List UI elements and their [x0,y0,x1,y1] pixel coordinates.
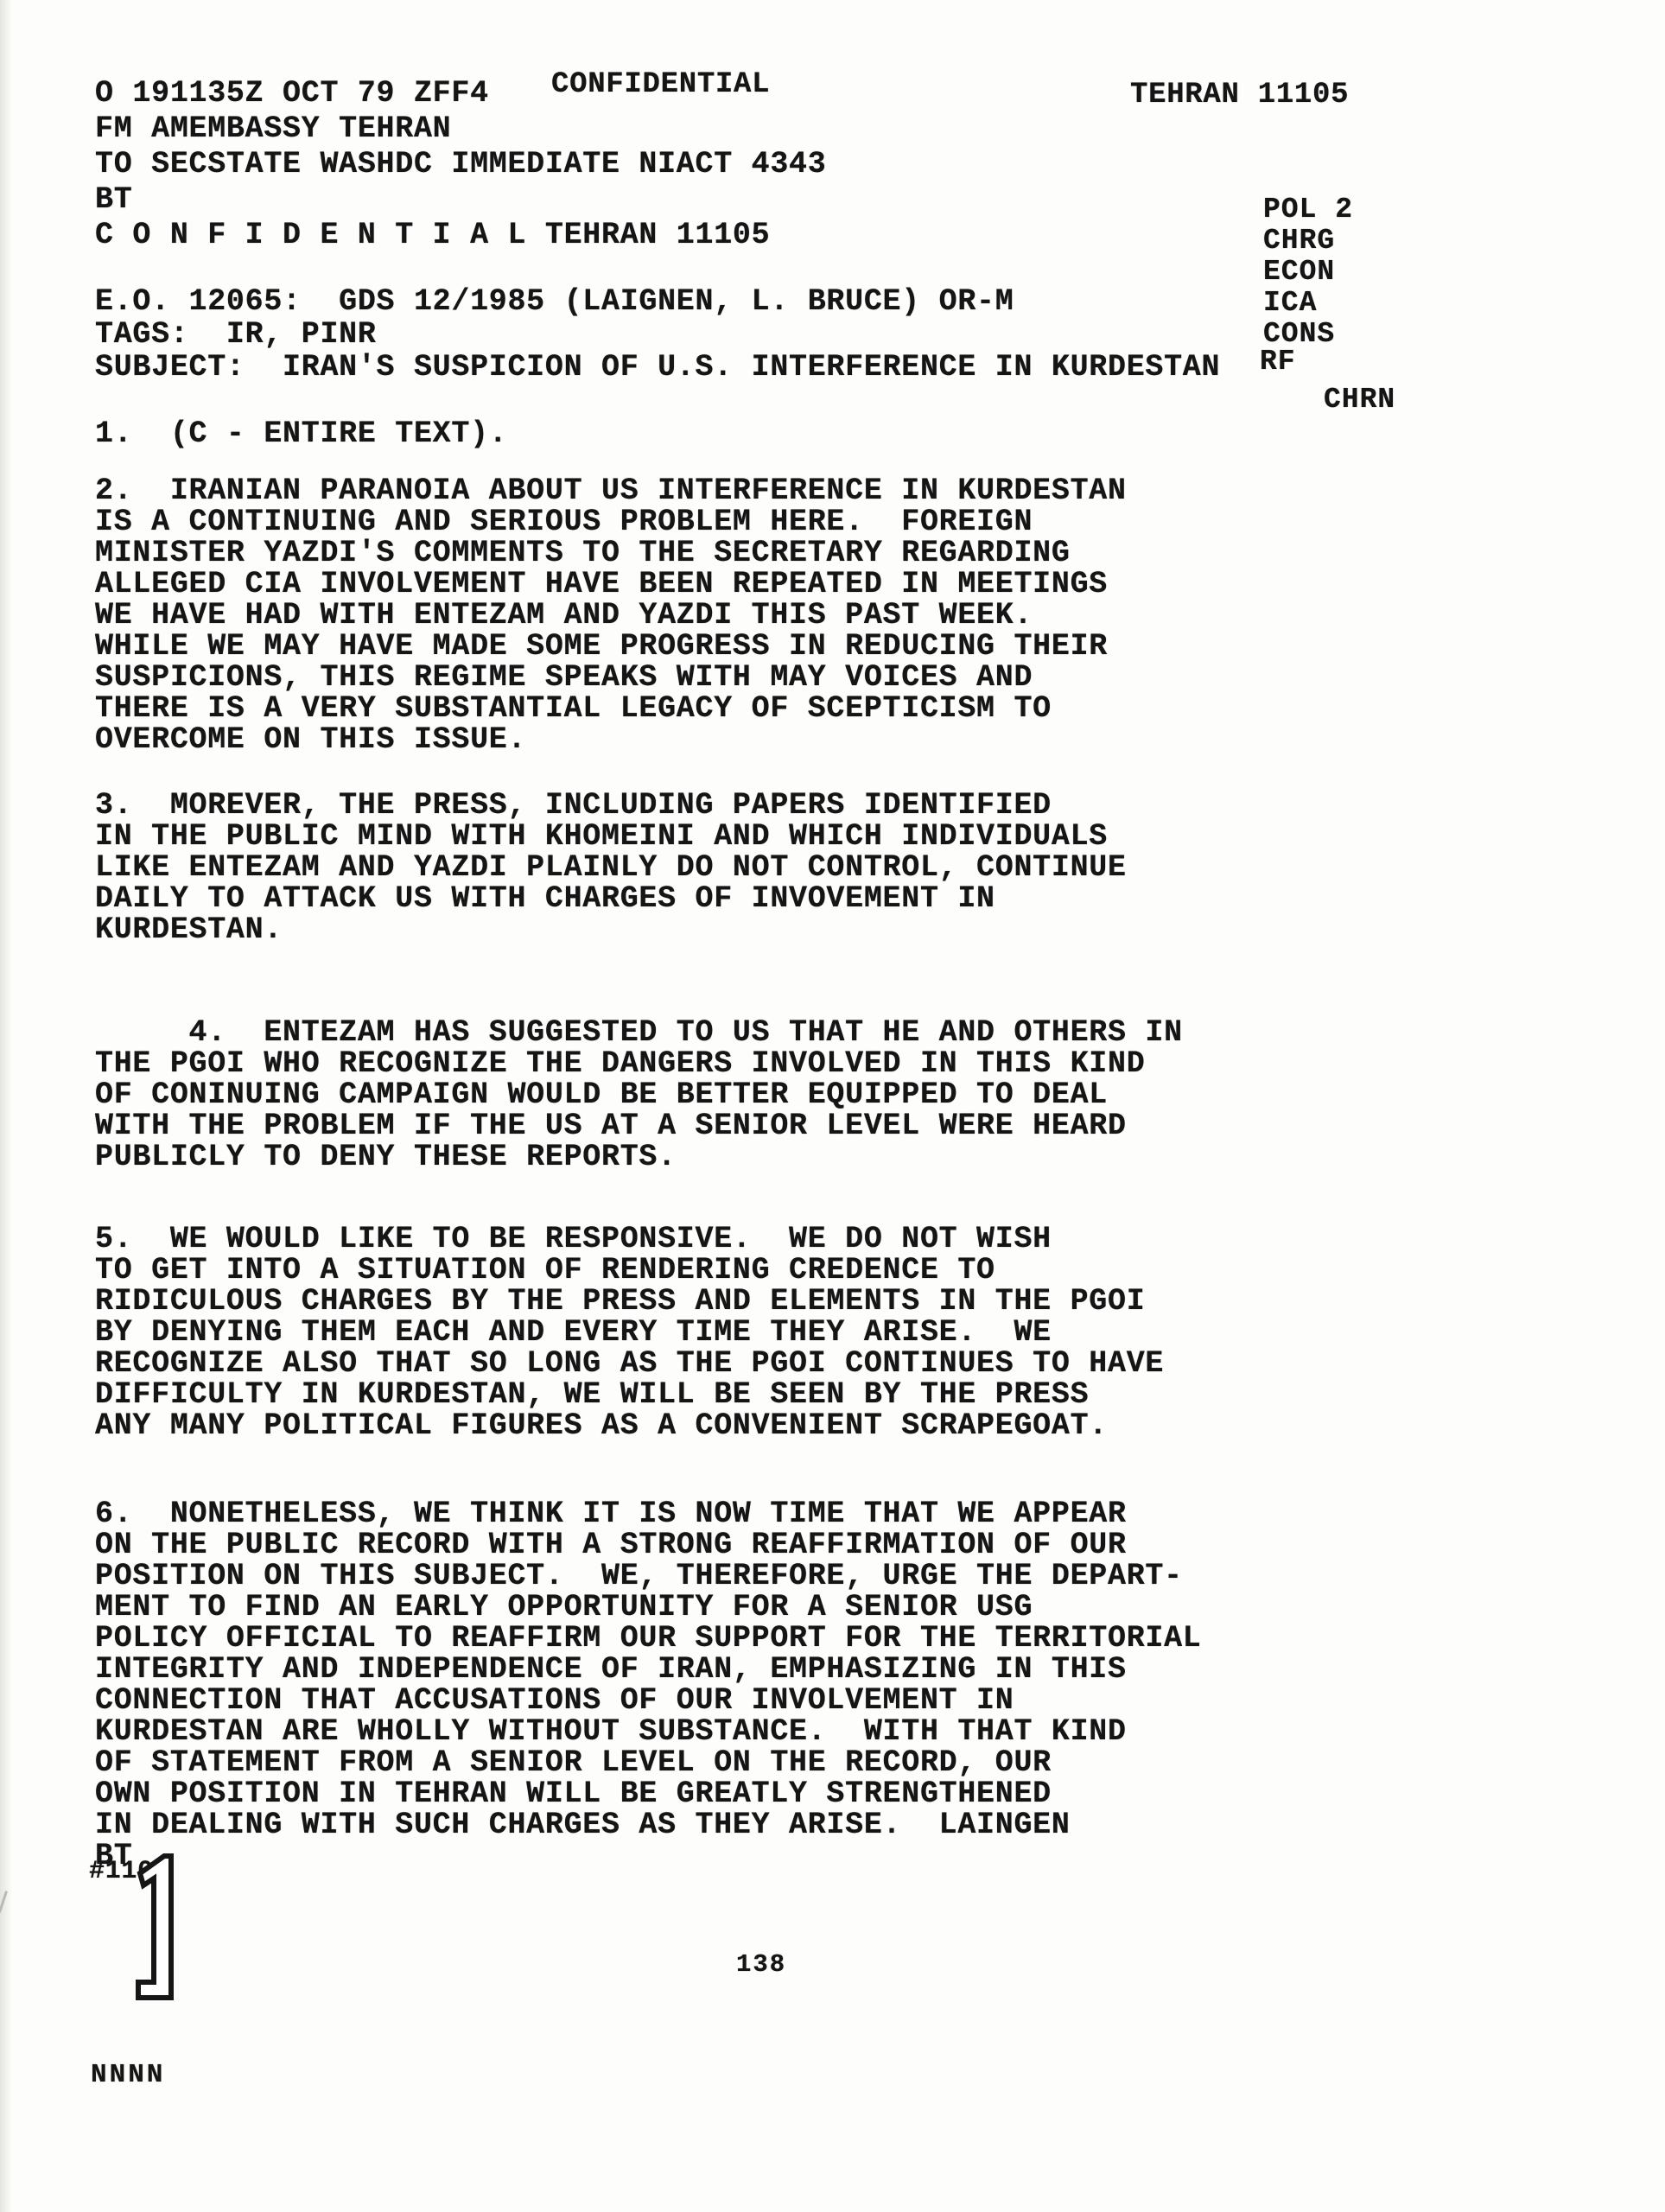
paragraph-6: 6. NONETHELESS, WE THINK IT IS NOW TIME … [95,1498,1202,1872]
paragraph-2: 2. IRANIAN PARANOIA ABOUT US INTERFERENC… [95,475,1127,755]
paragraph-4: 4. ENTEZAM HAS SUGGESTED TO US THAT HE A… [95,1017,1183,1173]
scanned-cable-page: CONFIDENTIAL TEHRAN 11105 O 191135Z OCT … [0,0,1665,2212]
reference-block: E.O. 12065: GDS 12/1985 (LAIGNEN, L. BRU… [95,285,1220,384]
distribution-item-ica: ICA [1263,287,1317,319]
transmission-terminator: NNNN [91,2060,165,2091]
cable-number: TEHRAN 11105 [1130,79,1349,111]
distribution-item-rf: RF [1260,346,1296,378]
page-number: 138 [736,1949,786,1980]
scan-edge-shadow [0,0,12,2212]
big-numeral-one-stamp-icon [114,1851,190,2005]
distribution-item-chrg: CHRG [1263,225,1335,257]
routing-block: O 191135Z OCT 79 ZFF4 FM AMEMBASSY TEHRA… [95,76,826,253]
paragraph-1: 1. (C - ENTIRE TEXT). [95,418,507,449]
distribution-item-chrn: CHRN [1324,384,1395,416]
paragraph-5: 5. WE WOULD LIKE TO BE RESPONSIVE. WE DO… [95,1224,1164,1441]
distribution-item-pol: POL 2 [1263,194,1353,226]
distribution-item-econ: ECON [1263,256,1335,288]
paragraph-3: 3. MOREVER, THE PRESS, INCLUDING PAPERS … [95,790,1127,945]
